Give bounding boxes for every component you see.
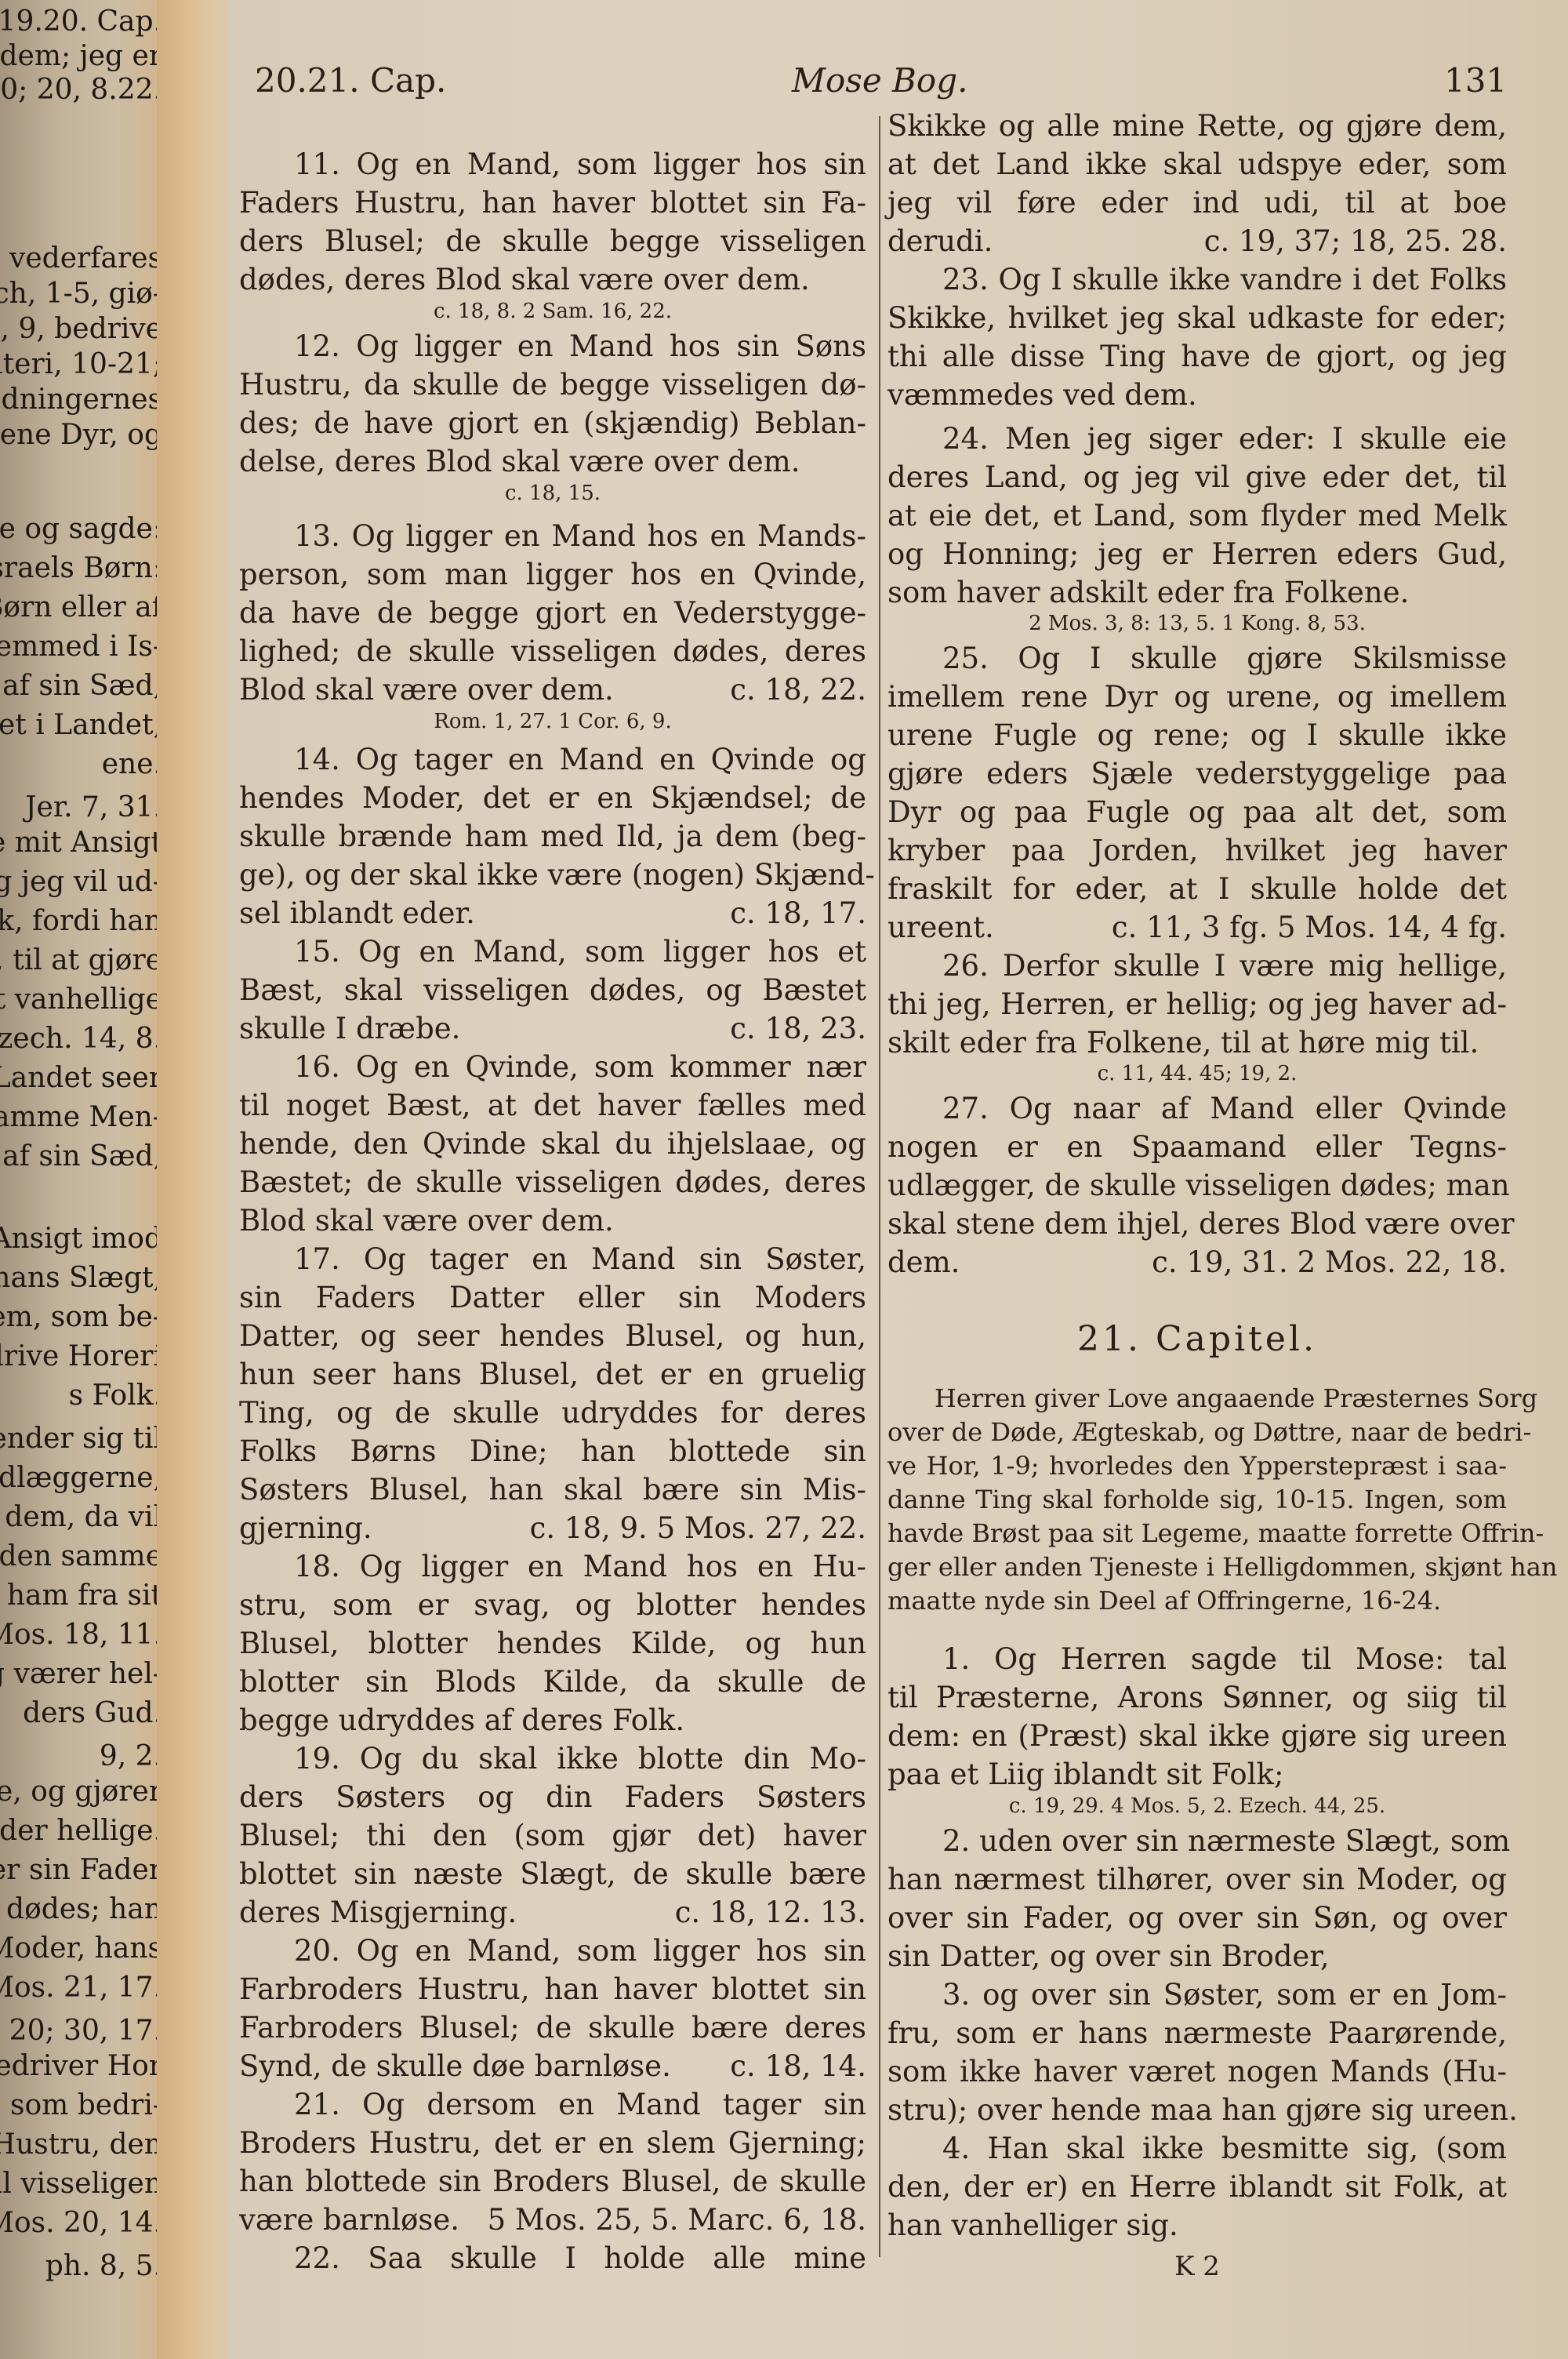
- verse-line: skulle brænde ham med Ild, ja dem (beg-: [239, 818, 866, 856]
- verse-text: hende, den Qvinde skal du ihjelslaae, og: [239, 1127, 866, 1161]
- verse-line: 20. Og en Mand, som ligger hos sin: [239, 1932, 866, 1970]
- verse-citation: c. 11, 3 fg. 5 Mos. 14, 4 fg.: [1112, 909, 1507, 947]
- verse-line: blottet sin næste Slægt, de skulle bære: [239, 1856, 866, 1893]
- verse-line: 4. Han skal ikke besmitte sig, (som: [887, 2130, 1507, 2168]
- verse-line: fraskilt for eder, at I skulle holde det: [887, 871, 1507, 908]
- verse-line: 25. Og I skulle gjøre Skilsmisse: [887, 640, 1507, 678]
- facing-page-text: ene.: [102, 749, 162, 780]
- verse-line: han blottede sin Broders Blusel, de skul…: [239, 2163, 866, 2201]
- chapter-summary-line: danne Ting skal forholde sig, 10-15. Ing…: [887, 1483, 1507, 1517]
- verse-text: skulle I dræbe.: [239, 1012, 460, 1045]
- facing-page-text: af sin Sæd,: [2, 671, 162, 702]
- verse-text: Farbroders Blusel; de skulle bære deres: [239, 2011, 866, 2045]
- verse-text: 21. Og dersom en Mand tager sin: [294, 2088, 866, 2121]
- verse-line: dem: en (Præst) skal ikke gjøre sig uree…: [887, 1717, 1507, 1755]
- verse-line: begge udryddes af deres Folk.: [239, 1702, 866, 1739]
- facing-page-text: ders Gud.: [23, 1698, 162, 1729]
- verse-text: blottet sin næste Slægt, de skulle bære: [239, 1857, 866, 1891]
- verse-text: 23. Og I skulle ikke vandre i det Folks: [942, 263, 1507, 296]
- verse-line: sin Datter, og over sin Broder,: [887, 1938, 1507, 1976]
- facing-page-text: r, og værer hel-: [0, 1659, 162, 1690]
- verse-text: 11. Og en Mand, som ligger hos sin: [294, 147, 866, 181]
- verse-text: 17. Og tager en Mand sin Søster,: [294, 1242, 866, 1276]
- verse-line: Broders Hustru, det er en slem Gjerning;: [239, 2125, 866, 2162]
- verse-line: over sin Fader, og over sin Søn, og over: [887, 1899, 1507, 1937]
- verse-text: væmmedes ved dem.: [887, 378, 1197, 412]
- verse-line: hende, den Qvinde skal du ihjelslaae, og: [239, 1125, 866, 1163]
- verse-text: at eie det, et Land, som flyder med Melk: [887, 499, 1507, 533]
- verse-text: 15. Og en Mand, som ligger hos et: [294, 935, 866, 969]
- verse-text: 24. Men jeg siger eder: I skulle eie: [942, 422, 1507, 456]
- verse-line: 27. Og naar af Mand eller Qvinde: [887, 1090, 1507, 1128]
- verse-text: Bæstet; de skulle visseligen dødes, dere…: [239, 1165, 866, 1199]
- verse-text: 22. Saa skulle I holde alle mine: [294, 2241, 866, 2275]
- verse-citation: c. 18, 23.: [730, 1010, 866, 1048]
- column-divider: [879, 116, 880, 2257]
- verse-line: Blusel, blotter hendes Kilde, og hun: [239, 1625, 866, 1663]
- facing-page-text: 5 Mos. 18, 11.: [0, 1619, 162, 1651]
- verse-text: udlægger, de skulle visseligen dødes; ma…: [887, 1169, 1510, 1202]
- verse-line: til noget Bæst, at det haver fælles med: [239, 1087, 866, 1125]
- verse-line: 11. Og en Mand, som ligger hos sin: [239, 146, 866, 184]
- verse-text: hendes Moder, det er en Skjændsel; de: [239, 781, 866, 815]
- facing-page-text: Børn eller af: [0, 592, 162, 623]
- facing-page-text: Skikke, og gjører: [0, 1776, 162, 1808]
- chapter-summary-line: ve Hor, 1-9; hvorledes den Ypperstepræst…: [887, 1449, 1507, 1483]
- verse-line: kryber paa Jorden, hvilket jeg haver: [887, 832, 1507, 870]
- verse-citation: c. 19, 37; 18, 25. 28.: [1204, 223, 1507, 260]
- facing-page-text: Ezech. 14, 8.: [0, 1023, 162, 1055]
- verse-line: 15. Og en Mand, som ligger hos et: [239, 933, 866, 971]
- verse-text: skulle brænde ham med Ild, ja dem (beg-: [239, 820, 866, 853]
- facing-page-text: orene, 9, bedrive: [0, 314, 162, 345]
- verse-text: ders Blusel; de skulle begge visseligen: [239, 224, 866, 258]
- verse-text: jeg vil føre eder ind udi, til at boe: [887, 186, 1507, 220]
- verse-citation: c. 18, 17.: [730, 895, 866, 932]
- verse-text: til noget Bæst, at det haver fælles med: [239, 1089, 866, 1122]
- verse-text: Skikke, hvilket jeg skal udkaste for ede…: [887, 301, 1507, 335]
- facing-page-text: 2 Mos. 20, 14.: [0, 2208, 162, 2239]
- facing-page-text: om bedriver Hor: [0, 2051, 162, 2082]
- facing-page-text: mit Ansigt imod: [0, 1223, 162, 1255]
- verse-line: 23. Og I skulle ikke vandre i det Folks: [887, 261, 1507, 299]
- verse-text: 3. og over sin Søster, som er en Jom-: [942, 1978, 1507, 2012]
- verse-line: hun seer hans Blusel, det er en gruelig: [239, 1356, 866, 1394]
- verse-line: Blusel; thi den (som gjør det) haver: [239, 1817, 866, 1855]
- verse-text: Synd, de skulle døe barnløse.: [239, 2049, 671, 2083]
- verse-text: som haver adskilt eder fra Folkene.: [887, 576, 1409, 609]
- verse-citation: 5 Mos. 25, 5. Marc. 6, 18.: [488, 2201, 866, 2239]
- verse-line: Blod skal være over dem.c. 18, 22.: [239, 671, 866, 709]
- verse-line: 1. Og Herren sagde til Mose: tal: [887, 1641, 1507, 1678]
- facing-page-text: mod hans Slægt,: [0, 1263, 162, 1294]
- verse-line: stru, som er svag, og blotter hendes: [239, 1587, 866, 1624]
- verse-line: han vanhelliger sig.: [887, 2207, 1507, 2245]
- verse-line: paa et Liig iblandt sit Folk;: [887, 1756, 1507, 1794]
- facing-page-text: æd, til at gjøre: [0, 945, 162, 976]
- verse-text: Søsters Blusel, han skal bære sin Mis-: [239, 1473, 866, 1507]
- verse-text: lighed; de skulle visseligen dødes, dere…: [239, 634, 866, 668]
- facing-page-text: og urene Dyr, og: [0, 420, 162, 451]
- facing-page-text: lket i Landet,: [0, 710, 162, 741]
- verse-line: jeg vil føre eder ind udi, til at boe: [887, 184, 1507, 222]
- verse-text: gjøre eders Sjæle vederstyggelige paa: [887, 757, 1507, 791]
- verse-line: udlægger, de skulle visseligen dødes; ma…: [887, 1167, 1507, 1205]
- verse-line: Hustru, da skulle de begge visseligen dø…: [239, 366, 866, 404]
- printer-signature-mark: K 2: [887, 2251, 1507, 2282]
- facing-page-text: tes Hustru, den: [0, 2129, 162, 2161]
- verse-line: imellem rene Dyr og urene, og imellem: [887, 678, 1507, 716]
- facing-page-strip: 19.20. Cap.dem; jeg er30; 20, 8.22.skull…: [0, 0, 169, 2359]
- verse-text: sin Faders Datter eller sin Moders: [239, 1281, 866, 1314]
- verse-text: Ting, og de skulle udryddes for deres: [239, 1396, 866, 1430]
- facing-page-text: dde ham fra sit: [0, 1580, 162, 1612]
- verse-line: sel iblandt eder.c. 18, 17.: [239, 895, 866, 932]
- verse-line: Farbroders Hustru, han haver blottet sin: [239, 1971, 866, 2008]
- verse-line: han nærmest tilhører, over sin Moder, og: [887, 1861, 1507, 1899]
- running-head-chapters: 20.21. Cap.: [255, 61, 446, 100]
- verse-line: hendes Moder, det er en Skjændsel; de: [239, 780, 866, 817]
- facing-page-text: ye Hedningernes: [0, 384, 162, 416]
- facing-page-text: dem; jeg er: [0, 41, 162, 72]
- cross-reference: c. 11, 44. 45; 19, 2.: [887, 1060, 1507, 1087]
- verse-text: skilt eder fra Folkene, til at høre mig …: [887, 1026, 1479, 1060]
- verse-text: 18. Og ligger en Mand hos en Hu-: [294, 1550, 866, 1583]
- verse-text: dødes, deres Blod skal være over dem.: [239, 263, 810, 296]
- verse-text: 2. uden over sin nærmeste Slægt, som: [942, 1824, 1510, 1858]
- verse-text: være barnløse.: [239, 2203, 459, 2237]
- facing-page-text: og jeg vil ud-: [0, 867, 162, 898]
- facing-page-text: Jer. 7, 31.: [25, 792, 162, 823]
- verse-text: Farbroders Hustru, han haver blottet sin: [239, 1972, 866, 2006]
- verse-line: Bæst, skal visseligen dødes, og Bæstet: [239, 972, 866, 1009]
- verse-line: at eie det, et Land, som flyder med Melk: [887, 497, 1507, 535]
- chapter-summary-line: havde Brøst paa sit Legeme, maatte forre…: [887, 1517, 1507, 1550]
- verse-text: begge udryddes af deres Folk.: [239, 1703, 684, 1737]
- verse-line: Farbroders Blusel; de skulle bære deres: [239, 2009, 866, 2047]
- verse-line: stru); over hende maa han gjøre sig uree…: [887, 2092, 1507, 2129]
- verse-text: over sin Fader, og over sin Søn, og over: [887, 1901, 1507, 1935]
- verse-text: delse, deres Blod skal være over dem.: [239, 445, 800, 478]
- facing-page-text: 2 Mos. 21, 17.: [0, 1972, 162, 2004]
- verse-text: thi jeg, Herren, er hellig; og jeg haver…: [887, 987, 1507, 1021]
- verse-citation: c. 19, 31. 2 Mos. 22, 18.: [1152, 1244, 1507, 1281]
- verse-line: 14. Og tager en Mand en Qvinde og: [239, 741, 866, 779]
- facing-page-text: ech af sin Sæd,: [0, 1141, 162, 1172]
- verse-text: skal stene dem ihjel, deres Blod være ov…: [887, 1207, 1515, 1241]
- verse-text: person, som man ligger hos en Qvinde,: [239, 558, 866, 591]
- verse-text: sel iblandt eder.: [239, 896, 475, 930]
- verse-line: sin Faders Datter eller sin Moders: [239, 1279, 866, 1317]
- cross-reference: c. 18, 8. 2 Sam. 16, 22.: [239, 298, 866, 325]
- verse-text: hun seer hans Blusel, det er en gruelig: [239, 1358, 866, 1391]
- facing-page-text: te mit Ansigt: [0, 827, 162, 859]
- chapter-summary-line: Herren giver Love angaaende Præsternes S…: [887, 1382, 1507, 1416]
- verse-line: Dyr og paa Fugle og paa alt det, som: [887, 794, 1507, 831]
- cross-reference: Rom. 1, 27. 1 Cor. 6, 9.: [239, 708, 866, 735]
- verse-text: Dyr og paa Fugle og paa alt det, som: [887, 795, 1507, 829]
- verse-line: 22. Saa skulle I holde alle mine: [239, 2240, 866, 2277]
- facing-page-text: e skal visseligen: [0, 2168, 162, 2200]
- facing-page-text: igen dødes; han: [0, 1894, 162, 1925]
- verse-line: til Præsterne, Arons Sønner, og siig til: [887, 1679, 1507, 1717]
- verse-line: 2. uden over sin nærmeste Slægt, som: [887, 1823, 1507, 1860]
- verse-citation: c. 18, 12. 13.: [675, 1894, 866, 1932]
- facing-page-text: i Landet seer: [0, 1063, 162, 1094]
- verse-line: urene Fugle og rene; og I skulle ikke: [887, 717, 1507, 754]
- facing-page-text: bander sin Fader: [0, 1855, 162, 1886]
- facing-page-text: den, som bedri-: [0, 2090, 162, 2121]
- verse-line: thi alle disse Ting have de gjort, og je…: [887, 338, 1507, 376]
- verse-line: 12. Og ligger en Mand hos sin Søns: [239, 328, 866, 365]
- facing-page-text: 19.20. Cap.: [0, 6, 162, 38]
- verse-line: at det Land ikke skal udspye eder, som: [887, 146, 1507, 184]
- verse-line: 16. Og en Qvinde, som kommer nær: [239, 1049, 866, 1086]
- facing-page-text: remmed i Is-: [0, 631, 162, 663]
- verse-line: deres Misgjerning.c. 18, 12. 13.: [239, 1894, 866, 1932]
- verse-text: han nærmest tilhører, over sin Moder, og: [887, 1863, 1507, 1896]
- facing-page-text: olk, fordi han: [0, 906, 162, 937]
- verse-line: være barnløse.5 Mos. 25, 5. Marc. 6, 18.: [239, 2201, 866, 2239]
- chapter-summary-line: ger eller anden Tjeneste i Helligdommen,…: [887, 1550, 1507, 1584]
- cross-reference: c. 19, 29. 4 Mos. 5, 2. Ezech. 44, 25.: [887, 1793, 1507, 1819]
- verse-line: 17. Og tager en Mand sin Søster,: [239, 1241, 866, 1278]
- facing-page-text: samme Men-: [0, 1102, 162, 1133]
- verse-text: des; de have gjort en (skjændig) Beblan-: [239, 406, 866, 440]
- verse-line: deres Land, og jeg vil give eder det, ti…: [887, 459, 1507, 496]
- verse-line: 24. Men jeg siger eder: I skulle eie: [887, 420, 1507, 458]
- verse-line: den, der er) en Herre iblandt sit Folk, …: [887, 2168, 1507, 2206]
- verse-text: derudi.: [887, 224, 993, 258]
- verse-text: 16. Og en Qvinde, som kommer nær: [294, 1050, 866, 1084]
- verse-text: kryber paa Jorden, hvilket jeg haver: [887, 834, 1507, 867]
- facing-page-text: er dem, da vil: [0, 1502, 162, 1533]
- verse-line: ders Søsters og din Faders Søsters: [239, 1779, 866, 1816]
- verse-line: skal stene dem ihjel, deres Blod være ov…: [887, 1205, 1507, 1243]
- verse-line: Skikke og alle mine Rette, og gjøre dem,: [887, 107, 1507, 145]
- verse-line: ders Blusel; de skulle begge visseligen: [239, 223, 866, 260]
- verse-text: fraskilt for eder, at I skulle holde det: [887, 872, 1507, 906]
- verse-line: thi jeg, Herren, er hellig; og jeg haver…: [887, 986, 1507, 1023]
- page-number: 131: [1444, 61, 1507, 100]
- running-head-book-title: Mose Bog.: [792, 61, 967, 100]
- verse-text: urene Fugle og rene; og I skulle ikke: [887, 718, 1507, 752]
- verse-line: 13. Og ligger en Mand hos en Mands-: [239, 518, 866, 555]
- verse-text: Blod skal være over dem.: [239, 1204, 614, 1238]
- verse-text: Folks Børns Dine; han blottede sin: [239, 1434, 866, 1468]
- verse-text: 25. Og I skulle gjøre Skilsmisse: [942, 642, 1507, 675]
- verse-text: Blod skal være over dem.: [239, 673, 614, 707]
- facing-page-text: domiteri, 10-21;: [0, 349, 162, 380]
- verse-line: person, som man ligger hos en Qvinde,: [239, 556, 866, 594]
- verse-line: væmmedes ved dem.: [887, 376, 1507, 414]
- verse-text: 20. Og en Mand, som ligger hos sin: [294, 1934, 866, 1968]
- verse-text: 4. Han skal ikke besmitte sig, (som: [942, 2132, 1507, 2165]
- verse-text: deres Misgjerning.: [239, 1896, 517, 1929]
- verse-text: thi alle disse Ting have de gjort, og je…: [887, 340, 1507, 373]
- verse-line: Bæstet; de skulle visseligen dødes, dere…: [239, 1164, 866, 1201]
- verse-line: lighed; de skulle visseligen dødes, dere…: [239, 633, 866, 671]
- verse-line: da have de begge gjort en Vederstygge-: [239, 594, 866, 632]
- verse-line: Blod skal være over dem.: [239, 1202, 866, 1240]
- verse-text: nogen er en Spaamand eller Tegns-: [887, 1130, 1507, 1164]
- verse-text: dem: en (Præst) skal ikke gjøre sig uree…: [887, 1719, 1507, 1753]
- verse-line: 21. Og dersom en Mand tager sin: [239, 2086, 866, 2124]
- verse-citation: c. 18, 14.: [730, 2048, 866, 2085]
- verse-text: at det Land ikke skal udspye eder, som: [887, 147, 1507, 181]
- verse-line: 19. Og du skal ikke blotte din Mo-: [239, 1740, 866, 1778]
- verse-text: 1. Og Herren sagde til Mose: tal: [942, 1642, 1507, 1676]
- facing-page-text: skulle vederfares: [0, 243, 162, 274]
- verse-line: ureent.c. 11, 3 fg. 5 Mos. 14, 4 fg.: [887, 909, 1507, 947]
- verse-line: ge), og der skal ikke være (nogen) Skjæn…: [239, 856, 866, 894]
- facing-page-text: e dem, som be-: [0, 1302, 162, 1333]
- verse-text: 26. Derfor skulle I være mig hellige,: [942, 949, 1507, 983]
- verse-text: ders Søsters og din Faders Søsters: [239, 1780, 866, 1814]
- verse-text: han vanhelliger sig.: [887, 2208, 1178, 2242]
- verse-text: til Præsterne, Arons Sønner, og siig til: [887, 1681, 1507, 1714]
- verse-line: 26. Derfor skulle I være mig hellige,: [887, 947, 1507, 985]
- verse-text: sin Datter, og over sin Broder,: [887, 1939, 1330, 1973]
- book-page: 20.21. Cap. Mose Bog. 131 11. Og en Mand…: [227, 0, 1568, 2359]
- verse-text: stru); over hende maa han gjøre sig uree…: [887, 2093, 1518, 2127]
- facing-page-text: ph. 8, 5.: [45, 2251, 162, 2282]
- verse-line: Skikke, hvilket jeg skal udkaste for ede…: [887, 300, 1507, 337]
- facing-page-text: sraels Børn:: [0, 553, 162, 584]
- verse-text: stru, som er svag, og blotter hendes: [239, 1588, 866, 1622]
- facing-page-text: n vender sig til: [0, 1423, 162, 1455]
- verse-text: 14. Og tager en Mand en Qvinde og: [294, 743, 866, 776]
- verse-text: Bæst, skal visseligen dødes, og Bæstet: [239, 973, 866, 1007]
- verse-line: gjerning.c. 18, 9. 5 Mos. 27, 22.: [239, 1510, 866, 1547]
- verse-line: Faders Hustru, han haver blottet sin Fa-: [239, 184, 866, 222]
- verse-line: gjøre eders Sjæle vederstyggelige paa: [887, 755, 1507, 793]
- verse-line: blotter sin Blods Kilde, da skulle de: [239, 1663, 866, 1701]
- cross-reference: c. 18, 15.: [239, 480, 866, 507]
- facing-page-text: od den samme: [0, 1541, 162, 1572]
- verse-text: han blottede sin Broders Blusel, de skul…: [239, 2165, 866, 2198]
- verse-text: 27. Og naar af Mand eller Qvinde: [942, 1092, 1507, 1125]
- verse-text: deres Land, og jeg vil give eder det, ti…: [887, 460, 1507, 494]
- verse-text: Broders Hustru, det er en slem Gjerning;: [239, 2126, 866, 2160]
- facing-page-text: Molech, 1-5, giø-: [0, 278, 162, 310]
- verse-text: Blusel; thi den (som gjør det) haver: [239, 1819, 866, 1852]
- verse-text: ge), og der skal ikke være (nogen) Skjæn…: [239, 858, 875, 892]
- verse-line: som ikke haver været nogen Mands (Hu-: [887, 2053, 1507, 2091]
- verse-line: skilt eder fra Folkene, til at høre mig …: [887, 1024, 1507, 1062]
- verse-line: Datter, og seer hendes Blusel, og hun,: [239, 1318, 866, 1355]
- verse-text: Hustru, da skulle de begge visseligen dø…: [239, 368, 866, 402]
- facing-page-text: egnsudlæggerne,: [0, 1463, 162, 1494]
- facing-page-text: t bedrive Horeri: [0, 1341, 162, 1372]
- chapter-title: 21. Capitel.: [887, 1318, 1507, 1361]
- facing-page-text: sin Moder, hans: [0, 1933, 162, 1965]
- verse-text: Datter, og seer hendes Blusel, og hun,: [239, 1319, 866, 1353]
- verse-line: Folks Børns Dine; han blottede sin: [239, 1433, 866, 1470]
- verse-text: 13. Og ligger en Mand hos en Mands-: [294, 519, 866, 553]
- verse-line: derudi.c. 19, 37; 18, 25. 28.: [887, 223, 1507, 260]
- facing-page-text: 9, 2.: [100, 1741, 162, 1772]
- verse-line: 18. Og ligger en Mand hos en Hu-: [239, 1548, 866, 1586]
- verse-text: og Honning; jeg er Herren eders Gud,: [887, 537, 1507, 571]
- verse-text: den, der er) en Herre iblandt sit Folk, …: [887, 2170, 1507, 2204]
- verse-line: Synd, de skulle døe barnløse.c. 18, 14.: [239, 2048, 866, 2085]
- verse-text: Faders Hustru, han haver blottet sin Fa-: [239, 186, 866, 220]
- chapter-summary-line: over de Døde, Ægteskab, og Døttre, naar …: [887, 1416, 1507, 1449]
- verse-text: da have de begge gjort en Vederstygge-: [239, 596, 866, 630]
- verse-text: fru, som er hans nærmeste Paarørende,: [887, 2016, 1507, 2050]
- verse-text: ureent.: [887, 911, 994, 944]
- facing-page-text: 0, 20; 30, 17.: [0, 2016, 162, 2047]
- verse-line: dem.c. 19, 31. 2 Mos. 22, 18.: [887, 1244, 1507, 1281]
- book-gutter: [157, 0, 235, 2359]
- verse-line: delse, deres Blod skal være over dem.: [239, 443, 866, 481]
- verse-line: Søsters Blusel, han skal bære sin Mis-: [239, 1471, 866, 1509]
- verse-line: des; de have gjort en (skjændig) Beblan-: [239, 405, 866, 442]
- facing-page-text: 30; 20, 8.22.: [0, 75, 162, 106]
- verse-line: nogen er en Spaamand eller Tegns-: [887, 1129, 1507, 1166]
- cross-reference: 2 Mos. 3, 8: 13, 5. 1 Kong. 8, 53.: [887, 610, 1507, 637]
- verse-line: som haver adskilt eder fra Folkene.: [887, 574, 1507, 612]
- verse-text: Skikke og alle mine Rette, og gjøre dem,: [887, 109, 1507, 143]
- verse-text: dem.: [887, 1245, 960, 1279]
- verse-text: gjerning.: [239, 1511, 372, 1545]
- verse-text: imellem rene Dyr og urene, og imellem: [887, 680, 1507, 714]
- facing-page-text: s Folk.: [69, 1380, 162, 1412]
- verse-text: 19. Og du skal ikke blotte din Mo-: [294, 1742, 866, 1776]
- verse-line: 3. og over sin Søster, som er en Jom-: [887, 1976, 1507, 2014]
- verse-line: fru, som er hans nærmeste Paarørende,: [887, 2015, 1507, 2052]
- verse-text: som ikke haver været nogen Mands (Hu-: [887, 2055, 1507, 2088]
- facing-page-text: Mose og sagde:: [0, 514, 162, 545]
- verse-line: skulle I dræbe.c. 18, 23.: [239, 1010, 866, 1048]
- verse-text: paa et Liig iblandt sit Folk;: [887, 1757, 1283, 1791]
- verse-line: og Honning; jeg er Herren eders Gud,: [887, 536, 1507, 573]
- verse-text: 12. Og ligger en Mand hos sin Søns: [294, 329, 866, 363]
- verse-citation: c. 18, 22.: [730, 671, 866, 709]
- facing-page-text: at vanhellige: [0, 984, 162, 1016]
- chapter-summary-line: maatte nyde sin Deel af Offringerne, 16-…: [887, 1584, 1507, 1618]
- verse-line: dødes, deres Blod skal være over dem.: [239, 261, 866, 299]
- verse-text: blotter sin Blods Kilde, da skulle de: [239, 1665, 866, 1699]
- verse-text: Blusel, blotter hendes Kilde, og hun: [239, 1627, 866, 1660]
- verse-line: Ting, og de skulle udryddes for deres: [239, 1394, 866, 1432]
- verse-citation: c. 18, 9. 5 Mos. 27, 22.: [530, 1510, 866, 1547]
- facing-page-text: gjør eder hellige.: [0, 1816, 162, 1847]
